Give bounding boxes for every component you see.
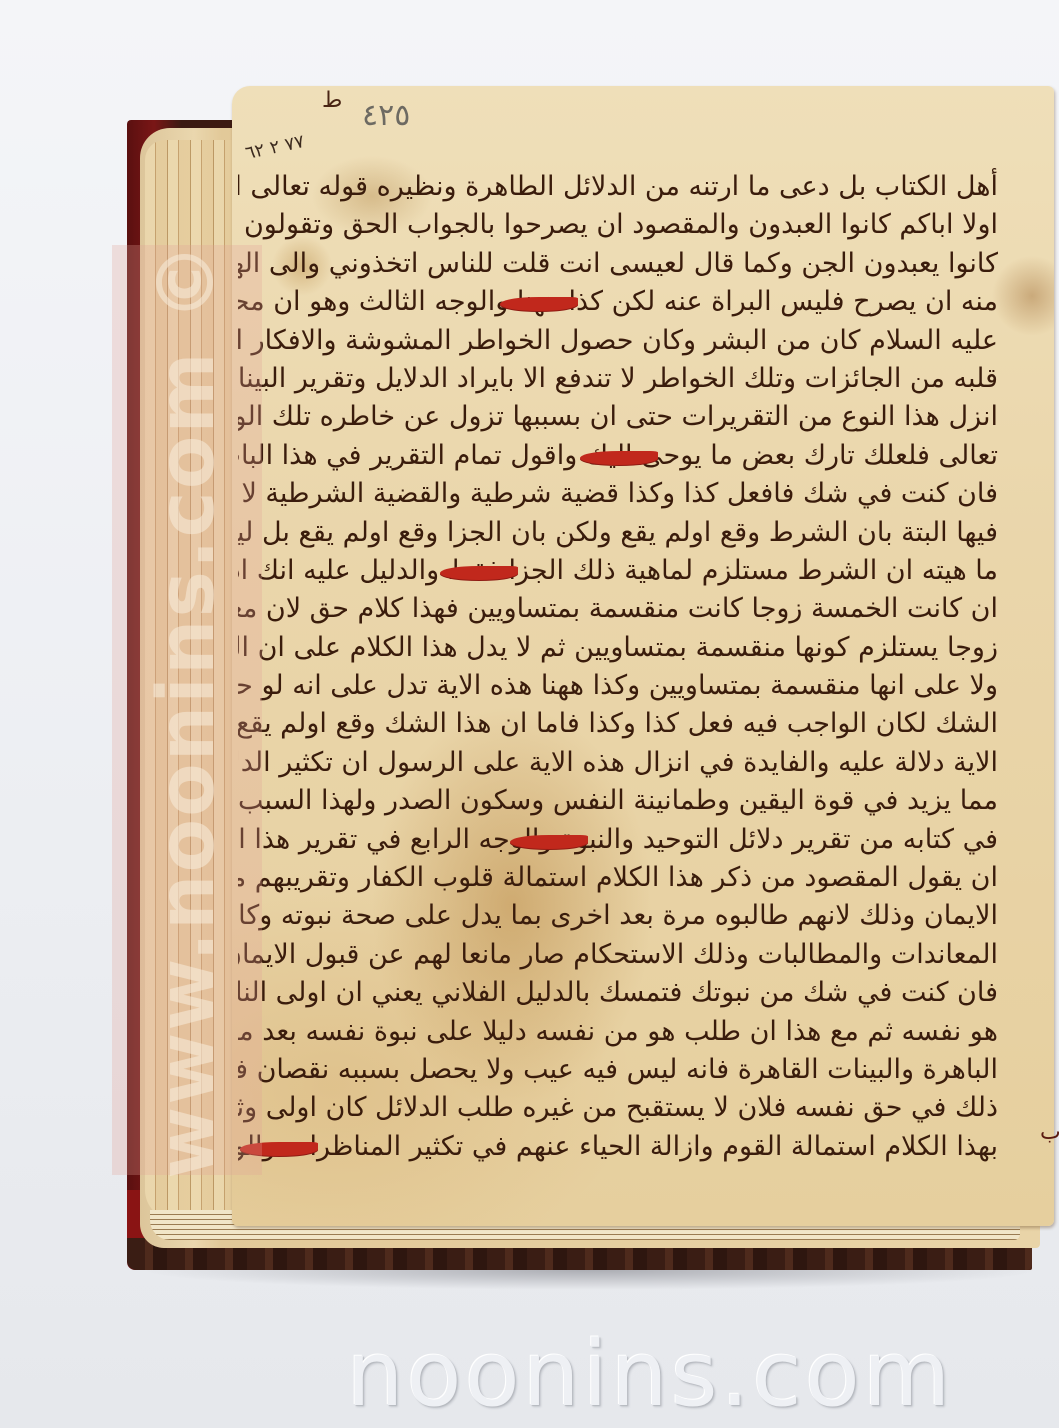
text-line: ولا على انها منقسمة بمتساويين وكذا ههنا … (238, 667, 998, 705)
text-line: منه ان يصرح فليس البراة عنه لكن كذا ههنا… (238, 283, 998, 321)
watermark-vertical-text: www.noonins.com © (142, 241, 232, 1179)
rubric-marker (580, 451, 658, 465)
text-line: ذلك في حق نفسه فلان لا يستقبح من غيره طل… (238, 1089, 998, 1127)
watermark-vertical: www.noonins.com © (112, 245, 262, 1175)
text-line: الايمان وذلك لانهم طالبوه مرة بعد اخرى ب… (238, 897, 998, 935)
text-line: عليه السلام كان من البشر وكان حصول الخوا… (238, 322, 998, 360)
page-number: ٤٢٥ (362, 98, 410, 133)
rubric-marker (500, 297, 578, 311)
text-line: بهذا الكلام استمالة القوم وازالة الحياء … (238, 1128, 998, 1166)
text-line: الاية دلالة عليه والفايدة في انزال هذه ا… (238, 744, 998, 782)
text-line: تعالى فلعلك تارك بعض ما يوحى اليك واقول … (238, 437, 998, 475)
text-line: الباهرة والبينات القاهرة فانه ليس فيه عي… (238, 1051, 998, 1089)
text-line: ان كانت الخمسة زوجا كانت منقسمة بمتساويي… (238, 590, 998, 628)
text-line: انزل هذا النوع من التقريرات حتى ان بسببه… (238, 398, 998, 436)
manuscript-text: أهل الكتاب بل دعى ما ارتنه من الدلائل ال… (238, 168, 998, 1166)
text-line: المعاندات والمطالبات وذلك الاستحكام صار … (238, 936, 998, 974)
text-line: مما يزيد في قوة اليقين وطمانينة النفس وس… (238, 782, 998, 820)
text-line: فان كنت في شك فافعل كذا وكذا قضية شرطية … (238, 475, 998, 513)
corner-mark: ط (322, 88, 342, 113)
text-line: فان كنت في شك من نبوتك فتمسك بالدليل الف… (238, 974, 998, 1012)
text-line: أهل الكتاب بل دعى ما ارتنه من الدلائل ال… (238, 168, 998, 206)
text-line: كانوا يعبدون الجن وكما قال لعيسى انت قلت… (238, 245, 998, 283)
right-edge-mark: ب (1040, 1120, 1059, 1145)
watermark-bottom: noonins.com (330, 1322, 970, 1427)
text-line: الشك لكان الواجب فيه فعل كذا وكذا فاما ا… (238, 705, 998, 743)
rubric-marker (440, 566, 518, 580)
text-line: ما هيته ان الشرط مستلزم لماهية ذلك الجزا… (238, 552, 998, 590)
text-line: اولا اباكم كانوا العبدون والمقصود ان يصر… (238, 206, 998, 244)
text-line: في كتابه من تقرير دلائل التوحيد والنبوة … (238, 821, 998, 859)
rubric-marker (510, 835, 588, 849)
text-line: زوجا يستلزم كونها منقسمة بمتساويين ثم لا… (238, 629, 998, 667)
text-line: قلبه من الجائزات وتلك الخواطر لا تندفع ا… (238, 360, 998, 398)
text-line: هو نفسه ثم مع هذا ان طلب هو من نفسه دليل… (238, 1013, 998, 1051)
text-line: فيها البتة بان الشرط وقع اولم يقع ولكن ب… (238, 514, 998, 552)
text-line: ان يقول المقصود من ذكر هذا الكلام استمال… (238, 859, 998, 897)
